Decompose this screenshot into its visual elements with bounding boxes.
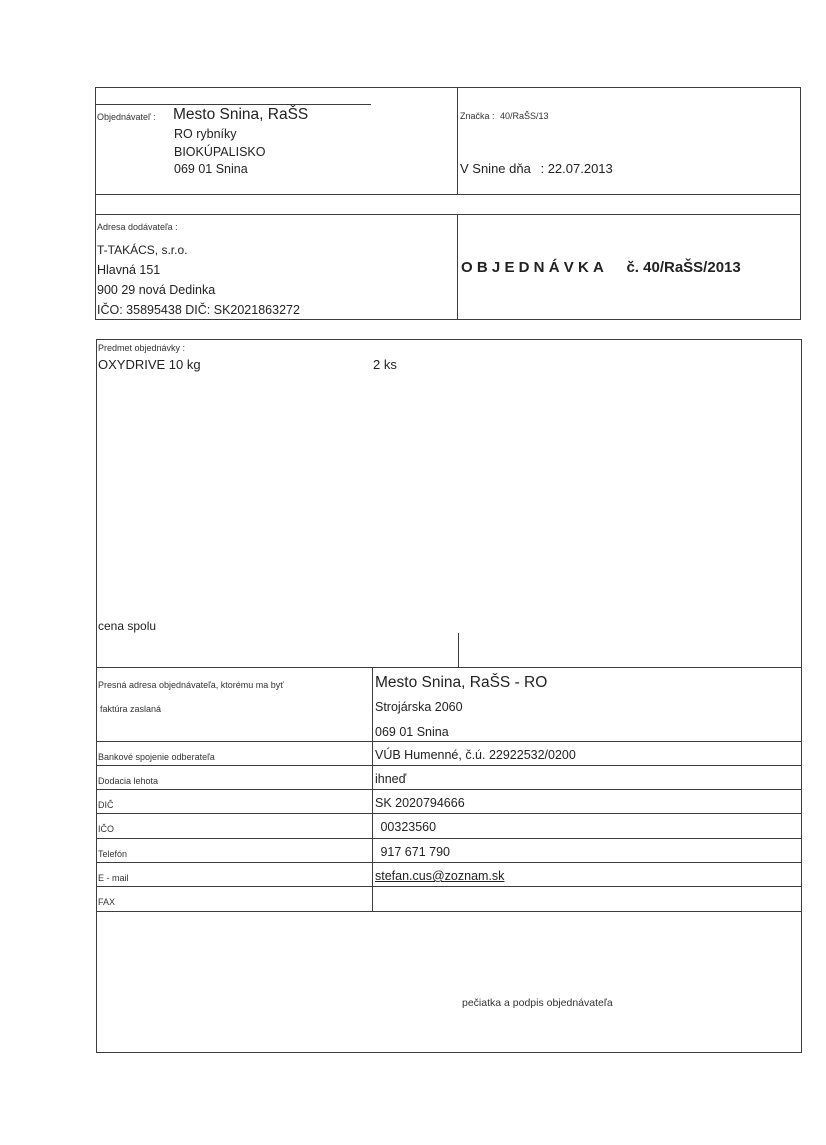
invoice-address-label-1: Presná adresa objednávateľa, ktorému ma … [98,680,284,690]
orderer-label: Objednávateľ : [97,112,156,122]
place-date-label: V Snine dňa [460,161,531,176]
supplier-ids: IČO: 35895438 DIČ: SK2021863272 [97,303,300,317]
order-title-word: OBJEDNÁVKA [461,259,608,276]
phone-label: Telefón [98,849,127,859]
bank-value: VÚB Humenné, č.ú. 22922532/0200 [375,748,576,762]
orderer-line-1: RO rybníky [174,127,237,141]
subject-label: Predmet objednávky : [98,343,185,353]
subject-item-name: OXYDRIVE 10 kg [98,357,201,372]
order-number: č. 40/RaŠS/2013 [626,259,740,276]
subject-item-quantity: 2 ks [373,357,397,372]
header-vertical-divider-top [457,87,458,194]
supplier-city: 900 29 nová Dedinka [97,283,215,297]
signature-label: pečiatka a podpis objednávateľa [462,997,613,1009]
invoice-address-label-2: faktúra zaslaná [100,704,161,714]
row-divider [96,886,802,887]
invoice-address-line-1: Mesto Snina, RaŠS - RO [375,674,547,692]
supplier-label: Adresa dodávateľa : [97,222,178,232]
supplier-name: T-TAKÁCS, s.r.o. [97,243,187,257]
phone-value: 917 671 790 [377,845,450,859]
ico-label: IČO [98,824,114,834]
email-link[interactable]: stefan.cus@zoznam.sk [375,869,504,883]
supplier-street: Hlavná 151 [97,263,160,277]
row-divider [96,838,802,839]
reference-value: 40/RaŠS/13 [500,111,549,121]
reference: Značka : 40/RaŠS/13 [460,111,549,121]
row-divider [96,741,802,742]
orderer-line-3: 069 01 Snina [174,162,248,176]
dic-label: DIČ [98,800,114,810]
signature-box [96,911,802,1053]
invoice-address-line-3: 069 01 Snina [375,725,449,739]
order-title: OBJEDNÁVKA č. 40/RaŠS/2013 [461,259,741,277]
total-divider [458,633,459,668]
ico-value: 00323560 [377,820,436,834]
total-label: cena spolu [98,619,156,633]
orderer-name: Mesto Snina, RaŠS [173,106,308,124]
header-divider-1 [95,194,801,195]
delivery-value: ihneď [375,772,406,786]
row-divider [96,765,802,766]
place-date-value: : 22.07.2013 [540,161,612,176]
orderer-line-2: BIOKÚPALISKO [174,145,265,159]
fax-label: FAX [98,897,115,907]
row-divider [96,862,802,863]
row-divider [96,813,802,814]
invoice-address-line-2: Strojárska 2060 [375,700,463,714]
bank-label: Bankové spojenie odberateľa [98,752,215,762]
email-label: E - mail [98,873,129,883]
header-vertical-divider-bottom [457,214,458,320]
delivery-label: Dodacia lehota [98,776,158,786]
header-divider-2 [95,214,801,215]
orderer-underline [95,104,371,105]
dic-value: SK 2020794666 [375,796,465,810]
row-divider [96,789,802,790]
subject-box [96,339,802,668]
place-date: V Snine dňa : 22.07.2013 [460,161,613,176]
reference-label: Značka : [460,111,495,121]
